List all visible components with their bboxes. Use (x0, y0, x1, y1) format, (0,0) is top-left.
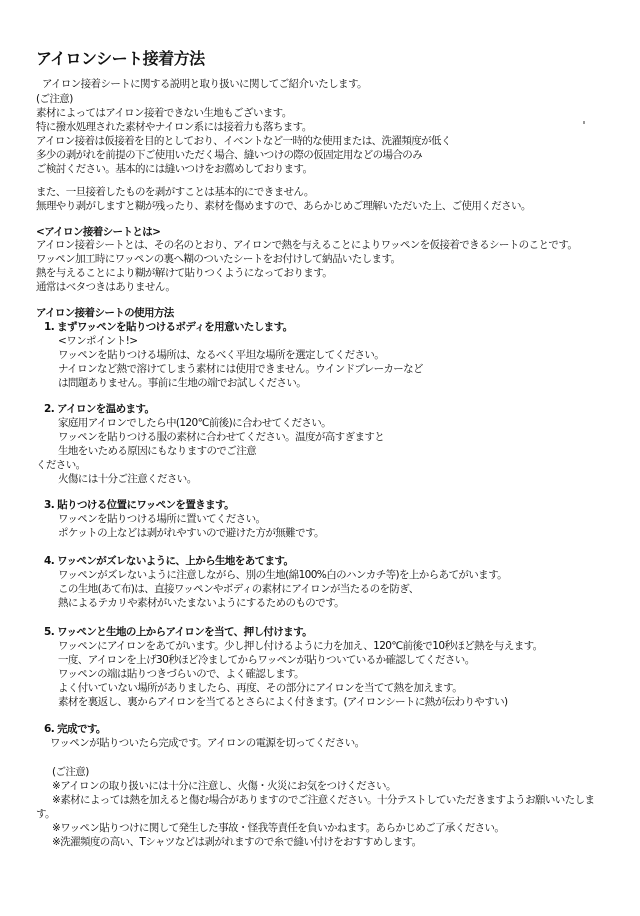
step-4-title: 4. ワッペンがズレないように、上から生地をあてます。 (44, 554, 293, 568)
step-5-title: 5. ワッペンと生地の上からアイロンを当て、押し付けます。 (44, 625, 312, 639)
caution-line: ※素材によっては熱を加えると傷む場合がありますのでご注意ください。十分テストして… (52, 793, 594, 807)
step-line: ワッペンを貼りつける服の素材に合わせてください。温度が高すぎますと (58, 430, 384, 444)
intro-lead: アイロン接着シートに関する説明と取り扱いに関してご紹介いたします。 (42, 77, 367, 91)
removal-line: 無理やり剥がしますと糊が残ったり、素材を傷めますので、あらかじめご理解いただいた… (36, 199, 531, 213)
about-line: ワッペン加工時にワッペンの裏へ糊のついたシートをお付けして納品いたします。 (36, 252, 400, 266)
step-line: ワッペンにアイロンをあてがいます。少し押し付けるように力を加え、120℃前後で1… (58, 639, 543, 653)
about-line: 熱を与えることにより糊が解けて貼りつくようになっております。 (36, 266, 332, 280)
step-line: 一度、アイロンを上げ30秒ほど冷ましてからワッペンが貼りついているか確認してくだ… (58, 653, 475, 667)
step-line: ポケットの上などは剥がれやすいので避けた方が無難です。 (58, 526, 324, 540)
step-line: 火傷には十分ご注意ください。 (58, 472, 197, 486)
cautions-heading: (ご注意) (52, 765, 89, 779)
step-line: ワッペンを貼りつける場所は、なるべく平坦な場所を選定してください。 (58, 348, 384, 362)
step-3-title: 3. 貼りつける位置にワッペンを置きます。 (44, 498, 234, 512)
about-line: アイロン接着シートとは、その名のとおり、アイロンで熱を与えることによりワッペンを… (36, 238, 577, 252)
step-line: ください。 (36, 458, 86, 472)
step-line: 生地をいためる原因にもなりますのでご注意 (58, 444, 256, 458)
removal-line: また、一旦接着したものを剥がすことは基本的にできません。 (36, 185, 314, 199)
caution-line: ※ワッペン貼りつけに関して発生した事故・怪我等責任を負いかねます。あらかじめご了… (52, 821, 504, 835)
about-heading: <アイロン接着シートとは> (36, 225, 160, 239)
intro-line: 素材によってはアイロン接着できない生地もございます。 (36, 106, 292, 120)
document-page: アイロンシート接着方法 アイロン接着シートに関する説明と取り扱いに関してご紹介い… (0, 0, 640, 916)
step-6-title: 6. 完成です。 (44, 722, 106, 736)
step-line: は問題ありません。事前に生地の端でお試しください。 (58, 376, 306, 390)
step-line: この生地(あて布)は、直接ワッペンやボディの素材にアイロンが当たるのを防ぎ、 (58, 582, 419, 596)
usage-heading: アイロン接着シートの使用方法 (36, 306, 174, 320)
step-line: ワッペンの端は貼りつきづらいので、よく確認します。 (58, 667, 304, 681)
caution-line: ※アイロンの取り扱いには十分に注意し、火傷・火災にお気をつけください。 (52, 779, 396, 793)
intro-line: アイロン接着は仮接着を目的としており、イベントなど一時的な使用または、洗濯頻度が… (36, 134, 451, 148)
step-line: 素材を裏返し、裏からアイロンを当てるとさらによく付きます。(アイロンシートに熱が… (58, 695, 508, 709)
intro-note-heading: (ご注意) (36, 92, 73, 106)
step-2-title: 2. アイロンを温めます。 (44, 402, 154, 416)
caution-line: す。 (36, 807, 55, 821)
caution-line: ※洗濯頻度の高い、Tシャツなどは剥がれますので糸で縫い付けをおすすめします。 (52, 835, 421, 849)
scan-speck (583, 121, 585, 124)
step-line: ワッペンが貼りついたら完成です。アイロンの電源を切ってください。 (50, 736, 365, 750)
step-line: よく付いていない場所がありましたら、再度、その部分にアイロンを当てて熱を加えます… (58, 681, 462, 695)
step-line: ワッペンがズレないように注意しながら、別の生地(綿100%白のハンカチ等)を上か… (58, 568, 507, 582)
step-line: ワッペンを貼りつける場所に置いてください。 (58, 512, 265, 526)
intro-line: 多少の剥がれを前提の下ご使用いただく場合、縫いつけの際の仮固定用などの場合のみ (36, 148, 422, 162)
step-line: ナイロンなど熱で溶けてしまう素材には使用できません。ウインドブレーカーなど (58, 362, 423, 376)
step-line: 家庭用アイロンでしたら中(120℃前後)に合わせてください。 (58, 416, 331, 430)
step-line: 熱によるテカリや素材がいたまないようにするためのものです。 (58, 596, 344, 610)
step-line: <ワンポイント!> (58, 334, 137, 348)
step-1-title: 1. まずワッペンを貼りつけるボディを用意いたします。 (44, 320, 293, 334)
document-title: アイロンシート接着方法 (36, 46, 205, 69)
intro-line: ご検討ください。基本的には縫いつけをお薦めしております。 (36, 162, 312, 176)
about-line: 通常はベタつきはありません。 (36, 280, 175, 294)
intro-line: 特に撥水処理された素材やナイロン系には接着力も落ちます。 (36, 120, 312, 134)
